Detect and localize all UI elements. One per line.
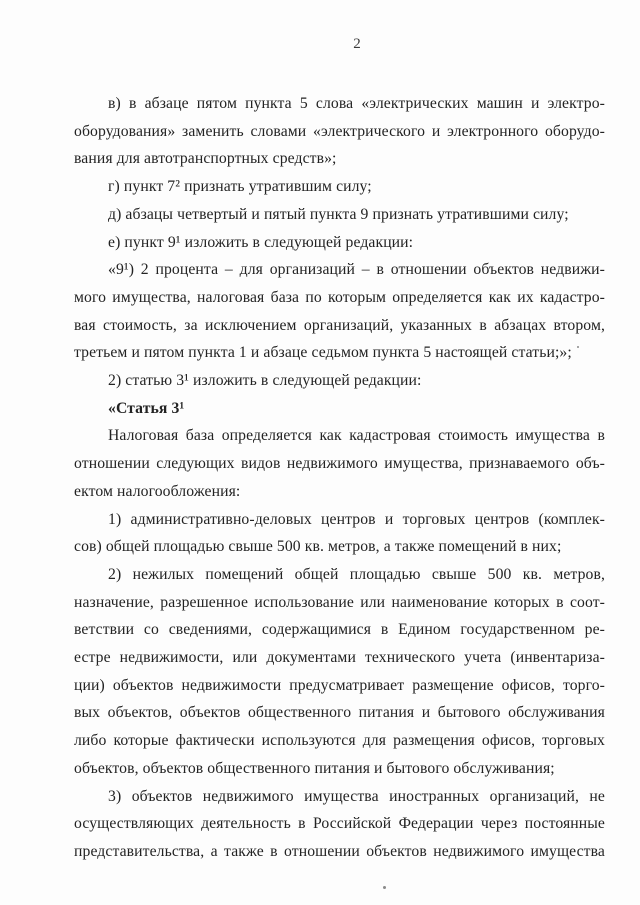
text-line: д) абзацы четвертый и пятый пункта 9 при… <box>74 201 605 229</box>
text-line: оборудования» заменить словами «электрич… <box>74 118 605 146</box>
text-line: 2) статью 3¹ изложить в следующей редакц… <box>74 367 605 395</box>
text-line: мого имущества, налоговая база по которы… <box>74 284 605 312</box>
paragraph: «Статья 3¹ <box>74 395 605 423</box>
text-line: г) пункт 7² признать утратившим силу; <box>74 173 605 201</box>
scanned-document-page: 2 в) в абзаце пятом пункта 5 слова «элек… <box>0 0 640 905</box>
text-line: вания для автотранспортных средств»; <box>74 145 605 173</box>
paragraph: г) пункт 7² признать утратившим силу; <box>74 173 605 201</box>
page-number: 2 <box>353 36 361 53</box>
text-line: естре недвижимости, или документами техн… <box>74 644 605 672</box>
scan-speck <box>383 886 386 889</box>
text-line: вых объектов, объектов общественного пит… <box>74 699 605 727</box>
text-line: ектом налогообложения: <box>74 478 605 506</box>
text-line: назначение, разрешенное использование ил… <box>74 589 605 617</box>
text-line: Налоговая база определяется как кадастро… <box>74 422 605 450</box>
text-line: третьем и пятом пункта 1 и абзаце седьмо… <box>74 339 605 367</box>
text-line: е) пункт 9¹ изложить в следующей редакци… <box>74 229 605 257</box>
paragraph: 1) административно-деловых центров и тор… <box>74 506 605 561</box>
text-line: 2) нежилых помещений общей площадью свыш… <box>74 561 605 589</box>
paragraph: 3) объектов недвижимого имущества иностр… <box>74 783 605 866</box>
paragraph: «9¹) 2 процента – для организаций – в от… <box>74 256 605 367</box>
paragraph: в) в абзаце пятом пункта 5 слова «электр… <box>74 90 605 173</box>
text-line: «9¹) 2 процента – для организаций – в от… <box>74 256 605 284</box>
paragraph: е) пункт 9¹ изложить в следующей редакци… <box>74 229 605 257</box>
text-line: осуществляющих деятельность в Российской… <box>74 810 605 838</box>
paragraph: Налоговая база определяется как кадастро… <box>74 422 605 505</box>
text-line: либо которые фактически используются для… <box>74 727 605 755</box>
text-line: ветствии со сведениями, содержащимися в … <box>74 616 605 644</box>
text-line: отношении следующих видов недвижимого им… <box>74 450 605 478</box>
text-line: объектов, объектов общественного питания… <box>74 755 605 783</box>
text-line: «Статья 3¹ <box>74 395 605 423</box>
text-line: вая стоимость, за исключением организаци… <box>74 312 605 340</box>
document-body: в) в абзаце пятом пункта 5 слова «электр… <box>74 90 605 866</box>
text-line: в) в абзаце пятом пункта 5 слова «электр… <box>74 90 605 118</box>
text-line: 3) объектов недвижимого имущества иностр… <box>74 783 605 811</box>
text-line: сов) общей площадью свыше 500 кв. метров… <box>74 533 605 561</box>
text-line: ции) объектов недвижимости предусматрива… <box>74 672 605 700</box>
paragraph: д) абзацы четвертый и пятый пункта 9 при… <box>74 201 605 229</box>
text-line: 1) административно-деловых центров и тор… <box>74 506 605 534</box>
paragraph: 2) статью 3¹ изложить в следующей редакц… <box>74 367 605 395</box>
paragraph: 2) нежилых помещений общей площадью свыш… <box>74 561 605 783</box>
scan-speck <box>577 346 579 348</box>
text-line: представительства, а также в отношении о… <box>74 838 605 866</box>
